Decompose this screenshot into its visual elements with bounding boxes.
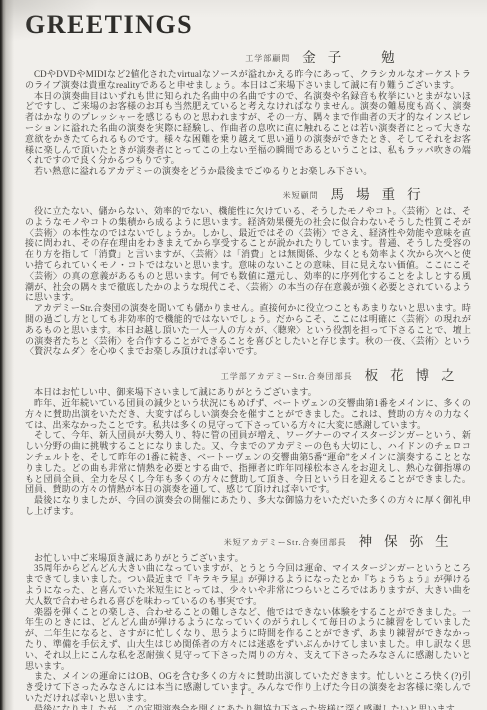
greeting-section: 工学部アカデミーStr.合奏団部長板 花 博 之 本日はお忙しい中、御来場下さい… [25, 368, 471, 517]
paragraph: お忙しい中ご来場頂き誠にありがとうございます。 [25, 553, 471, 564]
byline: 米短アカデミーStr.合奏団部長神 保 弥 生 [25, 534, 471, 551]
greetings-list: 工学部顧問金 子 勉 CDやDVDやMIDIなど2値化されたvirtualなソー… [25, 50, 471, 710]
author-name: 馬 場 重 行 [331, 187, 425, 202]
paragraph: 本日の演奏曲目はいずれも世に知られた名曲中の名曲ですので、名演奏や名録音も枚挙に… [25, 91, 471, 167]
author-name: 神 保 弥 生 [359, 534, 453, 549]
author-role: 米短アカデミーStr.合奏団部長 [224, 538, 347, 547]
author-name: 板 花 博 之 [365, 368, 459, 383]
page-number: - 1 - [0, 687, 487, 697]
page-title: GREETINGS [25, 10, 471, 40]
greeting-body: 本日はお忙しい中、御来場下さいまして誠にありがとうございます。昨年、近年続いてい… [25, 387, 471, 517]
paragraph: 35周年からどんどん大きい曲になっていますが、とうとう今回は運命、マイスタージン… [25, 563, 471, 606]
author-name: 金 子 勉 [302, 50, 399, 65]
paragraph: 最後になりましたが、今回の演奏会の開催にあたり、多大な御協力をいただいた多くの方… [25, 495, 471, 517]
byline: 工学部顧問金 子 勉 [25, 50, 471, 67]
paragraph: 最後になりましたが、この定期演奏会を開くにあたり御協力下さった皆様に深く感謝した… [25, 704, 471, 710]
greeting-section: 工学部顧問金 子 勉 CDやDVDやMIDIなど2値化されたvirtualなソー… [25, 50, 471, 177]
byline: 米短顧問馬 場 重 行 [25, 187, 471, 204]
greeting-section: 米短アカデミーStr.合奏団部長神 保 弥 生 お忙しい中ご来場頂き誠にありがと… [25, 534, 471, 710]
paragraph: 楽器を弾くことの楽しさ、合わせることの難しさなど、他ではできない体験をすることが… [25, 607, 471, 672]
paragraph: アカデミーStr.合奏団の演奏を聞いても儲かりません。直接何かに役立つこともあま… [25, 303, 471, 357]
author-role: 工学部顧問 [245, 54, 290, 63]
paragraph: CDやDVDやMIDIなど2値化されたvirtualなソースが溢れかえる昨今にあ… [25, 69, 471, 91]
author-role: 米短顧問 [283, 191, 319, 200]
page-content: GREETINGS 工学部顧問金 子 勉 CDやDVDやMIDIなど2値化された… [25, 6, 471, 710]
paragraph: 若い熱意に溢れるアカデミーの演奏をどうか最後までごゆるりとお楽しみ下さい。 [25, 166, 471, 177]
scanned-program-page: GREETINGS 工学部顧問金 子 勉 CDやDVDやMIDIなど2値化された… [0, 0, 487, 710]
paragraph: 昨年、近年続いている団員の減少という状況にもめげず、ベートヴェンの交響曲第1番を… [25, 398, 471, 430]
greeting-body: 役に立たない、儲からない、効率的でない、機能性に欠けている、そうしたモノやコト。… [25, 206, 471, 357]
author-role: 工学部アカデミーStr.合奏団部長 [221, 372, 353, 381]
paragraph: 役に立たない、儲からない、効率的でない、機能性に欠けている、そうしたモノやコト。… [25, 206, 471, 303]
byline: 工学部アカデミーStr.合奏団部長板 花 博 之 [25, 368, 471, 385]
greeting-body: CDやDVDやMIDIなど2値化されたvirtualなソースが溢れかえる昨今にあ… [25, 69, 471, 177]
greeting-section: 米短顧問馬 場 重 行 役に立たない、儲からない、効率的でない、機能性に欠けてい… [25, 187, 471, 357]
paragraph: そして、今年、新入団員が大勢入り、特に管の団員が増え、ワーグナーのマイスタージン… [25, 430, 471, 495]
paragraph: 本日はお忙しい中、御来場下さいまして誠にありがとうございます。 [25, 387, 471, 398]
